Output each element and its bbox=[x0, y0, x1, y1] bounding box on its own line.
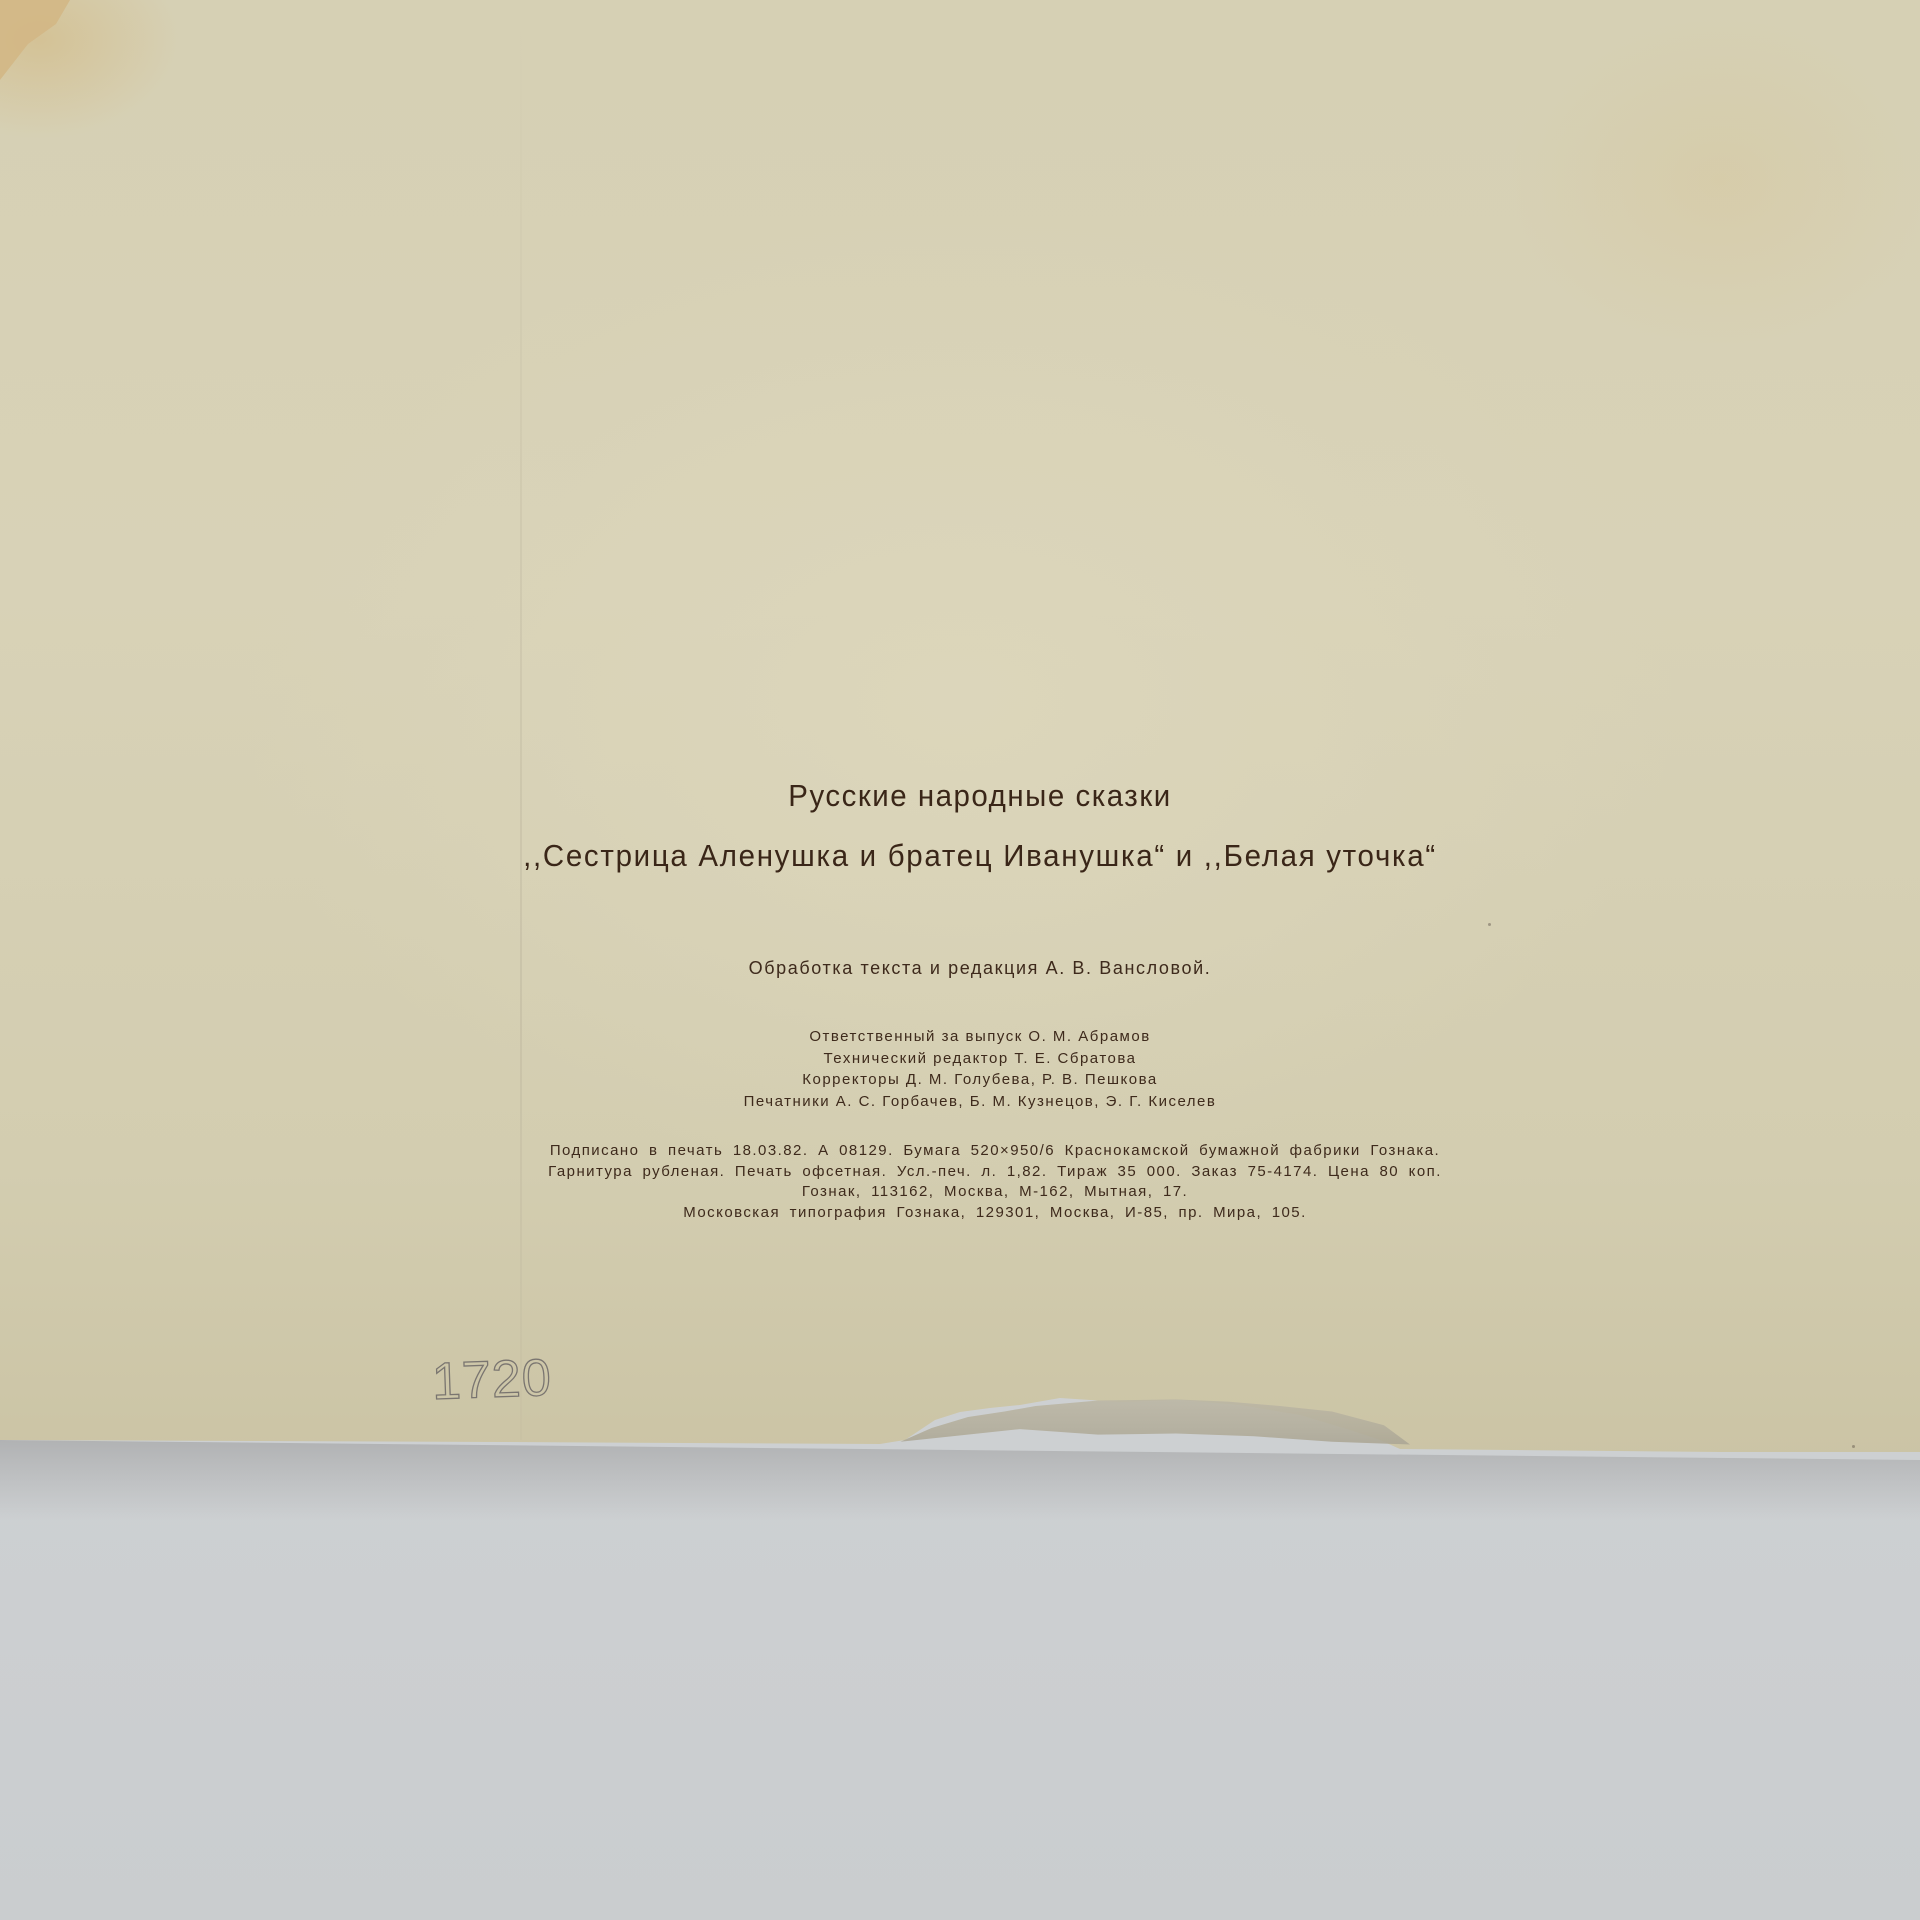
dust-speck bbox=[1488, 923, 1491, 926]
colophon-block: Подписано в печать 18.03.82. А 08129. Бу… bbox=[0, 1141, 1920, 1223]
credits-list: Ответственный за выпуск О. М. Абрамов Те… bbox=[0, 1026, 1920, 1112]
colophon-line: Подписано в печать 18.03.82. А 08129. Бу… bbox=[0, 1141, 1920, 1162]
paper-sheet: Русские народные сказки ,,Сестрица Алену… bbox=[0, 0, 1920, 1460]
credit-line: Ответственный за выпуск О. М. Абрамов bbox=[0, 1026, 1920, 1048]
editor-line: Обработка текста и редакция А. В. Вансло… bbox=[0, 958, 1920, 979]
dust-speck bbox=[1245, 1561, 1248, 1564]
fold-crease bbox=[520, 0, 522, 1440]
book-title: Русские народные сказки bbox=[49, 778, 1911, 814]
corner-stain bbox=[0, 0, 70, 80]
book-subtitle: ,,Сестрица Аленушка и братец Иванушка“ и… bbox=[49, 838, 1911, 874]
colophon-line: Гознак, 113162, Москва, М-162, Мытная, 1… bbox=[0, 1182, 1920, 1203]
colophon-line: Гарнитура рубленая. Печать офсетная. Усл… bbox=[0, 1162, 1920, 1183]
pencil-inventory-number: 1720 bbox=[431, 1348, 553, 1412]
credit-line: Корректоры Д. М. Голубева, Р. В. Пешкова bbox=[0, 1069, 1920, 1091]
dust-speck bbox=[1852, 1445, 1855, 1448]
photo-scene: Русские народные сказки ,,Сестрица Алену… bbox=[0, 0, 1920, 1920]
colophon-line: Московская типография Гознака, 129301, М… bbox=[0, 1203, 1920, 1224]
credit-line: Печатники А. С. Горбачев, Б. М. Кузнецов… bbox=[0, 1091, 1920, 1113]
credit-line: Технический редактор Т. Е. Сбратова bbox=[0, 1048, 1920, 1070]
